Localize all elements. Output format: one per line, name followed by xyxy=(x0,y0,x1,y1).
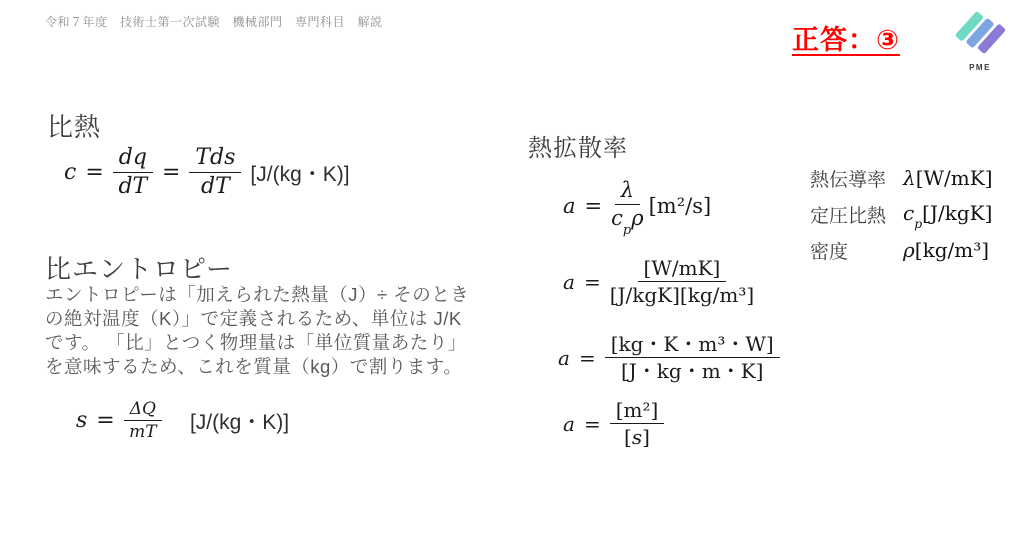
equals-sign: = xyxy=(575,412,610,436)
slide: 令和７年度 技術士第一次試験 機械部門 専門科目 解説 正答：③ PME 比熱 … xyxy=(0,0,1024,559)
unit-J-per-kgK: [J/(kg・K)] xyxy=(250,158,349,188)
formula-diffusivity-units1: a = [W/mK] [J/kgK][kg/m³] xyxy=(563,256,754,307)
property-label: 密度 xyxy=(810,237,903,264)
formula-diffusivity-symbolic: a = λ cpρ [m²/s] xyxy=(563,178,711,235)
var-a: a xyxy=(563,270,575,294)
formula-diffusivity-result: a = [m²] [s] xyxy=(563,398,664,449)
heading-thermal-diffusivity: 熱拡散率 xyxy=(528,128,628,163)
var-a: a xyxy=(563,412,575,436)
var-s: s xyxy=(76,408,87,433)
entropy-explanation: エントロピーは「加えられた熱量（J）÷ そのとき の絶対温度（K）」で定義される… xyxy=(45,283,469,379)
property-value: ρ[kg/m³] xyxy=(903,238,989,262)
explanation-line: を意味するため、これを質量（kg）で割ります。 xyxy=(45,355,469,379)
explanation-line: の絶対温度（K）」で定義されるため、単位は J/K xyxy=(45,307,469,331)
unit-m2-per-s: [m²/s] xyxy=(649,194,712,218)
var-a: a xyxy=(558,346,570,370)
var-a: a xyxy=(563,194,576,218)
correct-answer-label: 正答：③ xyxy=(792,18,900,57)
property-value: cp[J/kgK] xyxy=(903,201,992,228)
equals-sign: = xyxy=(87,408,123,433)
fraction-units: [kg・K・m³・W] [J・kg・m・K] xyxy=(605,332,780,383)
var-c: c xyxy=(64,160,76,185)
property-row-thermal-conductivity: 熱伝導率 λ[W/mK] xyxy=(810,160,993,196)
fraction-m2-s: [m²] [s] xyxy=(610,398,665,449)
property-legend: 熱伝導率 λ[W/mK] 定圧比熱 cp[J/kgK] 密度 ρ[kg/m³] xyxy=(810,160,993,268)
fraction-dq-dT: dq dT xyxy=(113,145,153,201)
property-label: 定圧比熱 xyxy=(810,201,903,228)
logo-stripes-icon xyxy=(951,5,1009,63)
formula-diffusivity-units2: a = [kg・K・m³・W] [J・kg・m・K] xyxy=(558,332,780,383)
property-row-specific-heat-cp: 定圧比熱 cp[J/kgK] xyxy=(810,196,993,232)
equals-sign: = xyxy=(153,160,189,185)
heading-specific-entropy: 比エントロピー xyxy=(45,249,233,286)
fraction-dQ-mT: ΔQ mT xyxy=(124,399,162,443)
fraction-Tds-dT: Tds dT xyxy=(189,145,241,201)
property-value: λ[W/mK] xyxy=(903,166,993,190)
explanation-line: エントロピーは「加えられた熱量（J）÷ そのとき xyxy=(45,283,469,307)
formula-specific-entropy: s = ΔQ mT [J/(kg・K)] xyxy=(76,399,289,443)
heading-specific-heat: 比熱 xyxy=(47,107,101,144)
slide-header-title: 令和７年度 技術士第一次試験 機械部門 専門科目 解説 xyxy=(45,13,383,30)
formula-specific-heat: c = dq dT = Tds dT [J/(kg・K)] xyxy=(64,145,350,201)
equals-sign: = xyxy=(576,194,612,218)
explanation-line: です。 「比」とつく物理量は「単位質量あたり」 xyxy=(45,331,469,355)
fraction-lambda-cprho: λ cpρ xyxy=(611,178,643,235)
unit-J-per-kgK: [J/(kg・K)] xyxy=(190,406,289,436)
equals-sign: = xyxy=(570,346,605,370)
equals-sign: = xyxy=(76,160,112,185)
equals-sign: = xyxy=(575,270,610,294)
property-label: 熱伝導率 xyxy=(810,165,903,192)
pme-logo: PME xyxy=(946,5,1014,72)
logo-text: PME xyxy=(946,63,1014,72)
property-row-density: 密度 ρ[kg/m³] xyxy=(810,232,993,268)
fraction-units: [W/mK] [J/kgK][kg/m³] xyxy=(610,256,754,307)
